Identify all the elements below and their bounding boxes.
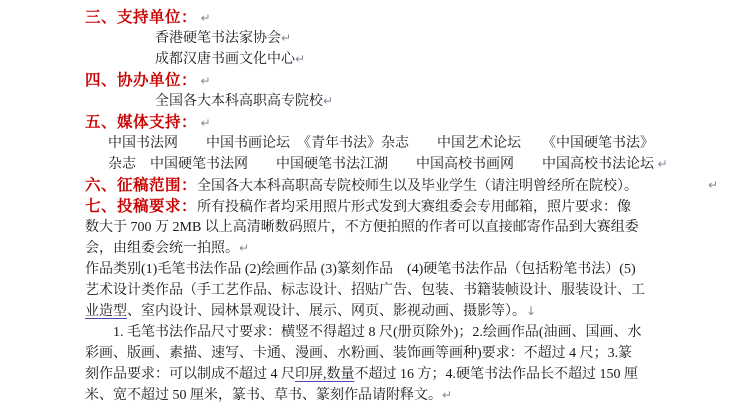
line-break-mark-icon: ↓ [526,304,536,318]
section-heading: 七、投稿要求： [85,198,197,215]
body-text: 全国各大本科高职高专院校师生以及毕业学生（请注明曾经所在院校）。 [197,179,638,194]
para-submission-requirements-2: 数大于 700 万 2MB 以上高清晰数码照片，不方便拍照的作者可以直接邮寄作品… [0,217,736,238]
paragraph-mark-icon: ↵ [442,388,452,402]
paragraph-mark-icon: ↵ [239,241,249,255]
heading-co-organizers: 四、协办单位： ↵ [0,70,736,91]
proofing-underlined-text: 印屏,数量 [295,367,355,382]
body-text: 中国书法网 中国书画论坛 《青年书法》杂志 中国艺术论坛 《中国硬笔书法》 [108,136,654,151]
body-text: 数大于 700 万 2MB 以上高清晰数码照片，不方便拍照的作者可以直接邮寄作品… [85,220,639,235]
paragraph-mark-icon: ↵ [201,74,211,88]
para-size-requirements-3: 刻作品要求：可以制成不超过 4 尺印屏,数量不超过 16 方；4.硬笔书法作品长… [0,364,736,385]
body-text: 会，由组委会统一拍照。 [85,241,239,256]
section-heading: 三、支持单位： [85,9,197,26]
para-size-requirements-4: 米、宽不超过 50 厘米，篆书、草书、篆刻作品请附释文。↵ [0,385,736,406]
body-text: 彩画、版画、素描、速写、卡通、漫画、水粉画、装饰画等画种)要求：不超过 4 尺；… [85,346,632,361]
media-list-line-1: 中国书法网 中国书画论坛 《青年书法》杂志 中国艺术论坛 《中国硬笔书法》 [0,133,736,154]
para-submission-requirements-1: 七、投稿要求：所有投稿作者均采用照片形式发到大赛组委会专用邮箱，照片要求：像 [0,196,736,217]
section-heading: 五、媒体支持： [85,114,197,131]
proofing-underlined-text: 业造型 [85,304,127,319]
body-text: 米、宽不超过 50 厘米，篆书、草书、篆刻作品请附释文。 [85,388,442,403]
paragraph-mark-icon: ↵ [201,116,211,130]
body-text: 、室内设计、园林景观设计、展示、网页、影视动画、摄影等）。 [127,304,526,319]
para-size-requirements-1: 1. 毛笔书法作品尺寸要求：横竖不得超过 8 尺(册页除外)；2.绘画作品(油画… [0,322,736,343]
paragraph-mark-icon: ↵ [281,31,291,45]
body-text: 全国各大本科高职高专院校 [155,94,323,109]
paragraph-mark-icon: ↵ [295,52,305,66]
paragraph-mark-icon: ↵ [323,94,333,108]
paragraph-mark-icon: ↵ [658,157,668,171]
para-size-requirements-2: 彩画、版画、素描、速写、卡通、漫画、水粉画、装饰画等画种)要求：不超过 4 尺；… [0,343,736,364]
body-text: 刻作品要求：可以制成不超过 4 尺 [85,367,295,382]
paragraph-mark-icon: ↵ [708,175,718,196]
para-work-categories-1: 作品类别(1)毛笔书法作品 (2)绘画作品 (3)篆刻作品 (4)硬笔书法作品（… [0,259,736,280]
document-page: 三、支持单位： ↵香港硬笔书法家协会↵成都汉唐书画文化中心↵四、协办单位： ↵全… [0,0,736,411]
org-chengdu-center: 成都汉唐书画文化中心↵ [0,49,736,70]
body-text: 所有投稿作者均采用照片形式发到大赛组委会专用邮箱，照片要求：像 [197,200,631,215]
body-text: 成都汉唐书画文化中心 [155,52,295,67]
body-text: 1. 毛笔书法作品尺寸要求：横竖不得超过 8 尺(册页除外)；2.绘画作品(油画… [85,325,641,340]
body-text: 杂志 中国硬笔书法网 中国硬笔书法江湖 中国高校书画网 中国高校书法论坛 [108,157,658,172]
paragraph-mark-icon: ↵ [201,11,211,25]
body-text: 不超过 16 方；4.硬笔书法作品长不超过 150 厘 [355,367,639,382]
body-text: 艺术设计类作品（手工艺作品、标志设计、招贴广告、包装、书籍装帧设计、服装设计、工 [85,283,645,298]
heading-support-units: 三、支持单位： ↵ [0,7,736,28]
para-submission-requirements-3: 会，由组委会统一拍照。↵ [0,238,736,259]
para-call-scope: 六、征稿范围：全国各大本科高职高专院校师生以及毕业学生（请注明曾经所在院校）。↵ [0,175,736,196]
section-heading: 四、协办单位： [85,72,197,89]
media-list-line-2: 杂志 中国硬笔书法网 中国硬笔书法江湖 中国高校书画网 中国高校书法论坛 ↵ [0,154,736,175]
section-heading: 六、征稿范围： [85,177,197,194]
para-work-categories-2: 艺术设计类作品（手工艺作品、标志设计、招贴广告、包装、书籍装帧设计、服装设计、工 [0,280,736,301]
para-work-categories-3: 业造型、室内设计、园林景观设计、展示、网页、影视动画、摄影等）。↓ [0,301,736,322]
body-text: 香港硬笔书法家协会 [155,31,281,46]
body-text: 作品类别(1)毛笔书法作品 (2)绘画作品 (3)篆刻作品 (4)硬笔书法作品（… [85,262,636,277]
org-hongkong-association: 香港硬笔书法家协会↵ [0,28,736,49]
org-national-colleges: 全国各大本科高职高专院校↵ [0,91,736,112]
heading-media-support: 五、媒体支持： ↵ [0,112,736,133]
